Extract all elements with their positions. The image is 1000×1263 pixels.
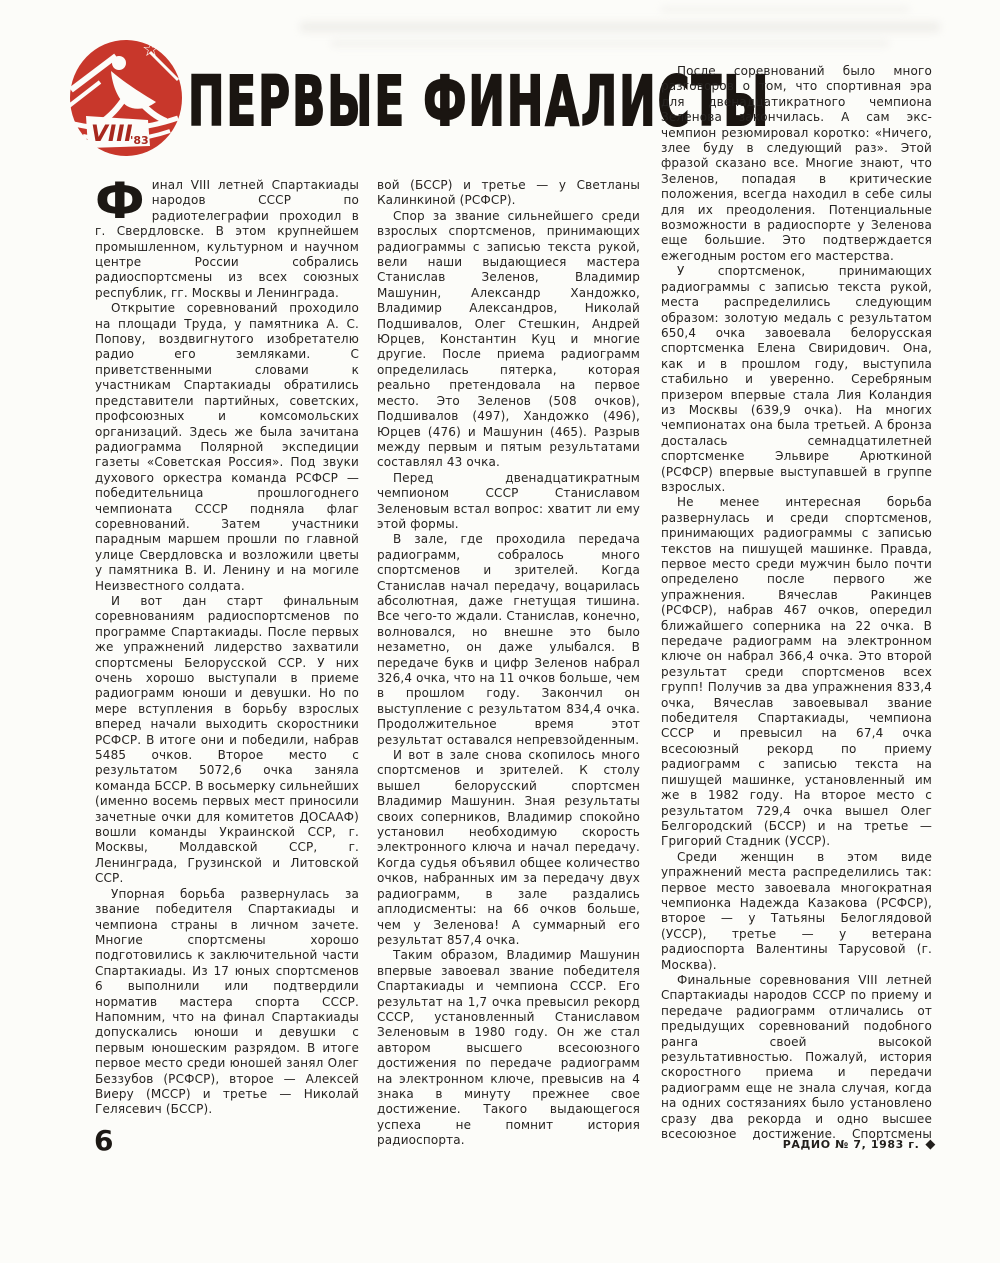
paragraph: И вот дан старт финальным соревнованиям … [95,594,359,887]
magazine-footer: РАДИО № 7, 1983 г. ◆ [783,1138,936,1151]
print-showthrough [660,6,910,13]
paragraph: Среди женщин в этом виде упражнений мест… [661,850,932,973]
runner-icon [112,56,126,70]
paragraph: В зале, где проходила передача радиограм… [377,532,640,748]
paragraph: Перед двенадцатикратным чемпионом СССР С… [377,471,640,533]
paragraph: Финал VIII летней Спартакиады народов СС… [95,178,359,301]
paragraph: Спор за звание сильнейшего среди взрослы… [377,209,640,471]
paragraph: После соревнований было много разговоров… [661,64,932,264]
spartakiad-emblem: VIII '83 ☆ [66,36,186,160]
emblem-year: '83 [130,134,149,147]
paragraph: вой (БССР) и третье — у Светланы Калинки… [377,178,640,209]
print-showthrough [330,40,890,47]
text-column-2: вой (БССР) и третье — у Светланы Калинки… [377,178,640,1149]
text-column-1: Финал VIII летней Спартакиады народов СС… [95,178,359,1118]
paragraph: Финальные соревнования VIII летней Спарт… [661,973,932,1143]
star-icon: ☆ [142,37,160,61]
print-showthrough [300,22,940,32]
paragraph: Таким образом, Владимир Машунин впервые … [377,948,640,1148]
emblem-roman-numeral: VIII [91,122,133,147]
paragraph: И вот в зале снова скопилось много спорт… [377,748,640,948]
diamond-icon: ◆ [925,1139,936,1150]
paragraph: Упорная борьба развернулась за звание по… [95,887,359,1118]
paragraph: Открытие соревнований проходило на площа… [95,301,359,594]
magazine-page: VIII '83 ☆ ПЕРВЫЕ ФИНАЛИСТЫ Финал VIII л… [0,0,1000,1263]
paragraph: У спортсменок, принимающих радиограммы с… [661,264,932,495]
paragraph: Не менее интересная борьба развернулась … [661,495,932,849]
text-column-3: После соревнований было много разговоров… [661,64,932,1143]
spartakiad-emblem-graphic: VIII '83 ☆ [66,36,186,160]
drop-cap: Ф [95,178,152,222]
page-number: 6 [94,1124,113,1157]
magazine-issue-label: РАДИО № 7, 1983 г. [783,1138,920,1151]
